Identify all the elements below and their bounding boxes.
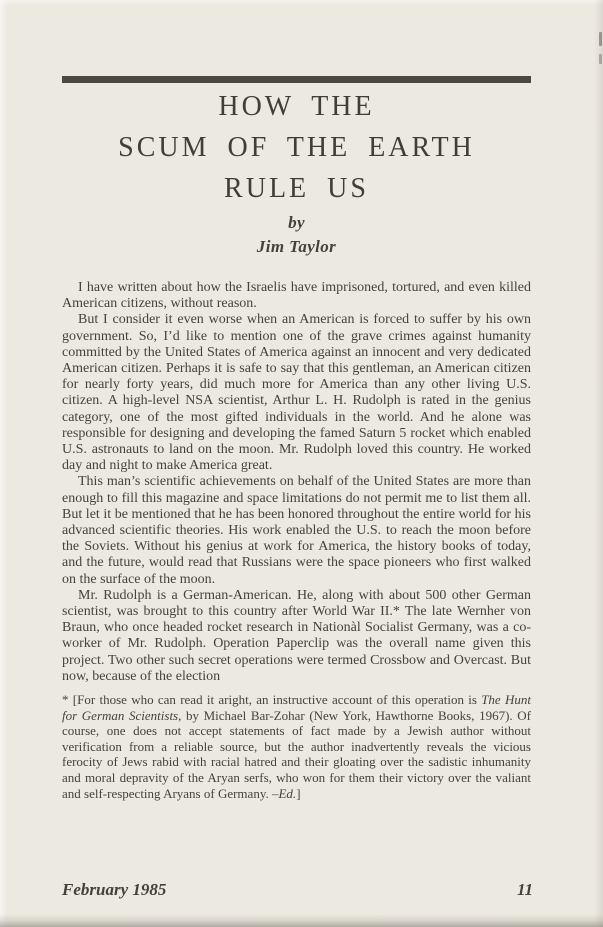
scan-edge-bottom — [0, 914, 603, 927]
article-title: HOW THE SCUM OF THE EARTH RULE US — [62, 86, 531, 209]
paragraph: I have written about how the Israelis ha… — [62, 280, 531, 312]
paragraph: Mr. Rudolph is a German-American. He, al… — [62, 588, 531, 685]
page-footer: February 1985 11 — [62, 880, 533, 900]
scan-artifact — [599, 54, 602, 64]
page-number: 11 — [517, 880, 533, 900]
title-line: SCUM OF THE EARTH — [62, 127, 531, 168]
scan-edge-left — [0, 0, 7, 927]
byline: by Jim Taylor — [62, 211, 531, 259]
scan-artifact — [599, 32, 602, 46]
byline-author: Jim Taylor — [62, 235, 531, 259]
scanned-page: HOW THE SCUM OF THE EARTH RULE US by Jim… — [0, 0, 603, 927]
paragraph: But I consider it even worse when an Ame… — [62, 312, 531, 474]
title-line: RULE US — [62, 168, 531, 209]
title-line: HOW THE — [62, 86, 531, 127]
scan-edge-top — [0, 0, 603, 6]
footer-issue-date: February 1985 — [62, 880, 166, 900]
article-body: I have written about how the Israelis ha… — [62, 280, 531, 801]
scan-edge-right — [594, 0, 603, 927]
paragraph: This man’s scientific achievements on be… — [62, 474, 531, 587]
footnote: * [For those who can read it aright, an … — [62, 692, 531, 801]
byline-prefix: by — [62, 211, 531, 235]
header-rule — [62, 76, 531, 83]
